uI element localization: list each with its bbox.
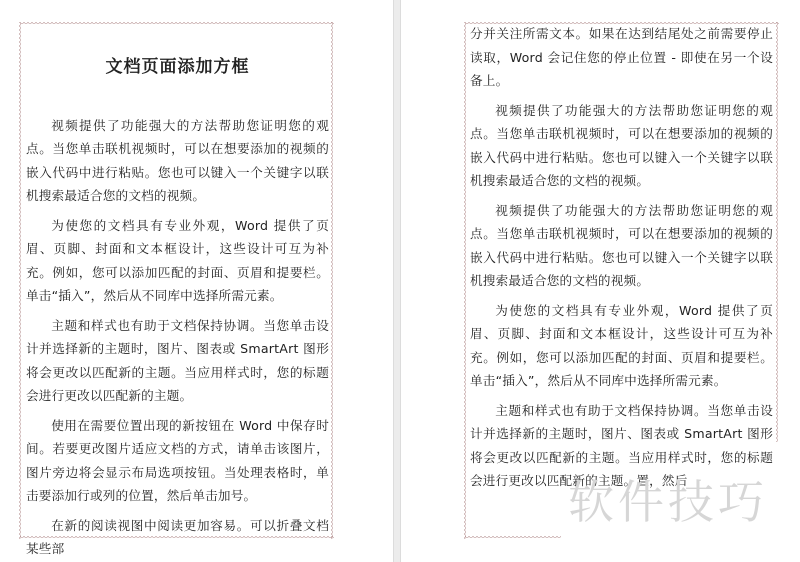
watermark-text: 软件技巧	[568, 466, 768, 532]
paragraph-continuation: 分并关注所需文本。如果在达到结尾处之前需要停止读取，Word 会记住您的停止位置…	[470, 22, 773, 93]
paragraph: 视频提供了功能强大的方法帮助您证明您的观点。当您单击联机视频时，可以在想要添加的…	[470, 199, 773, 293]
paragraph: 使用在需要位置出现的新按钮在 Word 中保存时间。若要更改图片适应文档的方式，…	[26, 414, 329, 508]
document-title: 文档页面添加方框	[26, 56, 329, 80]
page-1-body[interactable]: 文档页面添加方框 视频提供了功能强大的方法帮助您证明您的观点。当您单击联机视频时…	[26, 26, 329, 562]
page-gutter	[393, 0, 401, 562]
page-2-body[interactable]: 分并关注所需文本。如果在达到结尾处之前需要停止读取，Word 会记住您的停止位置…	[470, 22, 773, 499]
page-border-left	[464, 22, 468, 539]
paragraph: 为使您的文档具有专业外观，Word 提供了页眉、页脚、封面和文本框设计，这些设计…	[26, 214, 329, 308]
paragraph: 视频提供了功能强大的方法帮助您证明您的观点。当您单击联机视频时，可以在想要添加的…	[470, 99, 773, 193]
page-border-right	[776, 22, 780, 442]
paragraph: 主题和样式也有助于文档保持协调。当您单击设计并选择新的主题时，图片、图表或 Sm…	[26, 314, 329, 408]
paragraph: 为使您的文档具有专业外观，Word 提供了页眉、页脚、封面和文本框设计，这些设计…	[470, 299, 773, 393]
paragraph: 在新的阅读视图中阅读更加容易。可以折叠文档某些部	[26, 514, 329, 561]
page-border-left	[19, 22, 23, 539]
paragraph: 视频提供了功能强大的方法帮助您证明您的观点。当您单击联机视频时，可以在想要添加的…	[26, 114, 329, 208]
document-page-1[interactable]: 文档页面添加方框 视频提供了功能强大的方法帮助您证明您的观点。当您单击联机视频时…	[0, 0, 393, 562]
page-border-bottom	[465, 536, 561, 540]
page-border-right	[331, 22, 335, 539]
